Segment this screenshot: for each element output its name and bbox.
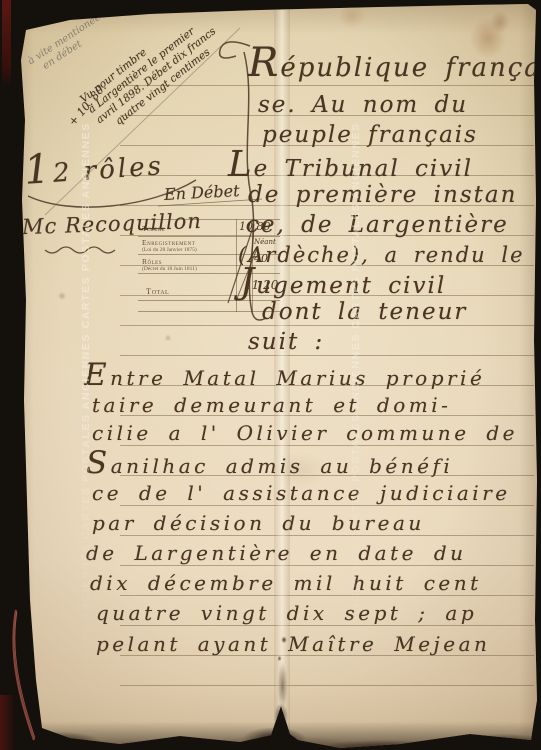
heading-line-8: Jugement civil: [240, 267, 446, 301]
body-line-10: pelant ayant Maître Mejean: [96, 630, 490, 658]
scanned-document: à vite mentionée en débet Vu pour timbre…: [0, 0, 541, 750]
box-column-line: [236, 219, 237, 312]
pencil-annotation: à vite mentionée en débet: [26, 12, 110, 78]
torn-bottom-grime: [18, 698, 541, 750]
body-line-4: Sanilhac admis au bénéfi: [86, 449, 453, 480]
body-line-6: par décision du bureau: [92, 509, 425, 537]
roles-count-note: 12 rôles: [23, 137, 166, 194]
paper-sheet: à vite mentionée en débet Vu pour timbre…: [0, 0, 541, 750]
body-line-7: de Largentière en date du: [86, 539, 467, 567]
roles-label: Rôles: [142, 257, 162, 266]
enregistrement-sub: (Loi du 28 Janvier 1875): [142, 247, 197, 253]
heading-line-7: (Ardèche), a rendu le: [238, 240, 525, 270]
roles-sub: (Décret du 18 Juin 1811): [142, 266, 197, 272]
lawyer-wavy-underline: [45, 247, 115, 253]
box-line: [138, 311, 280, 312]
heading-line-9: dont la teneur: [262, 297, 467, 327]
body-line-1: Entre Matal Marius proprié: [84, 361, 485, 392]
body-line-2: taire demeurant et domi-: [92, 391, 451, 419]
heading-line-3: peuple français: [262, 120, 478, 150]
body-line-5: ce de l' assistance judiciaire: [92, 479, 511, 507]
red-book-edge-top: [2, 0, 11, 88]
total-label: Total: [146, 286, 169, 296]
heading-line-10: suit :: [248, 327, 324, 357]
red-book-edge-bottom: [0, 695, 16, 750]
body-line-9: quatre vingt dix sept ; ap: [96, 599, 477, 627]
body-line-3: cilie a l' Olivier commune de: [92, 419, 518, 447]
heading-line-4: Le Tribunal civil: [228, 150, 473, 184]
enregistrement-label: Enregistrement: [142, 238, 195, 247]
heading-line-6: ce, de Largentière: [246, 210, 509, 240]
red-thread: [13, 610, 34, 740]
heading-line-2: se. Au nom du: [258, 90, 468, 120]
heading-line-5: de première instan: [248, 180, 517, 210]
heading-line-1: République françai: [248, 48, 541, 83]
body-line-8: dix décembre mil huit cent: [90, 569, 482, 597]
